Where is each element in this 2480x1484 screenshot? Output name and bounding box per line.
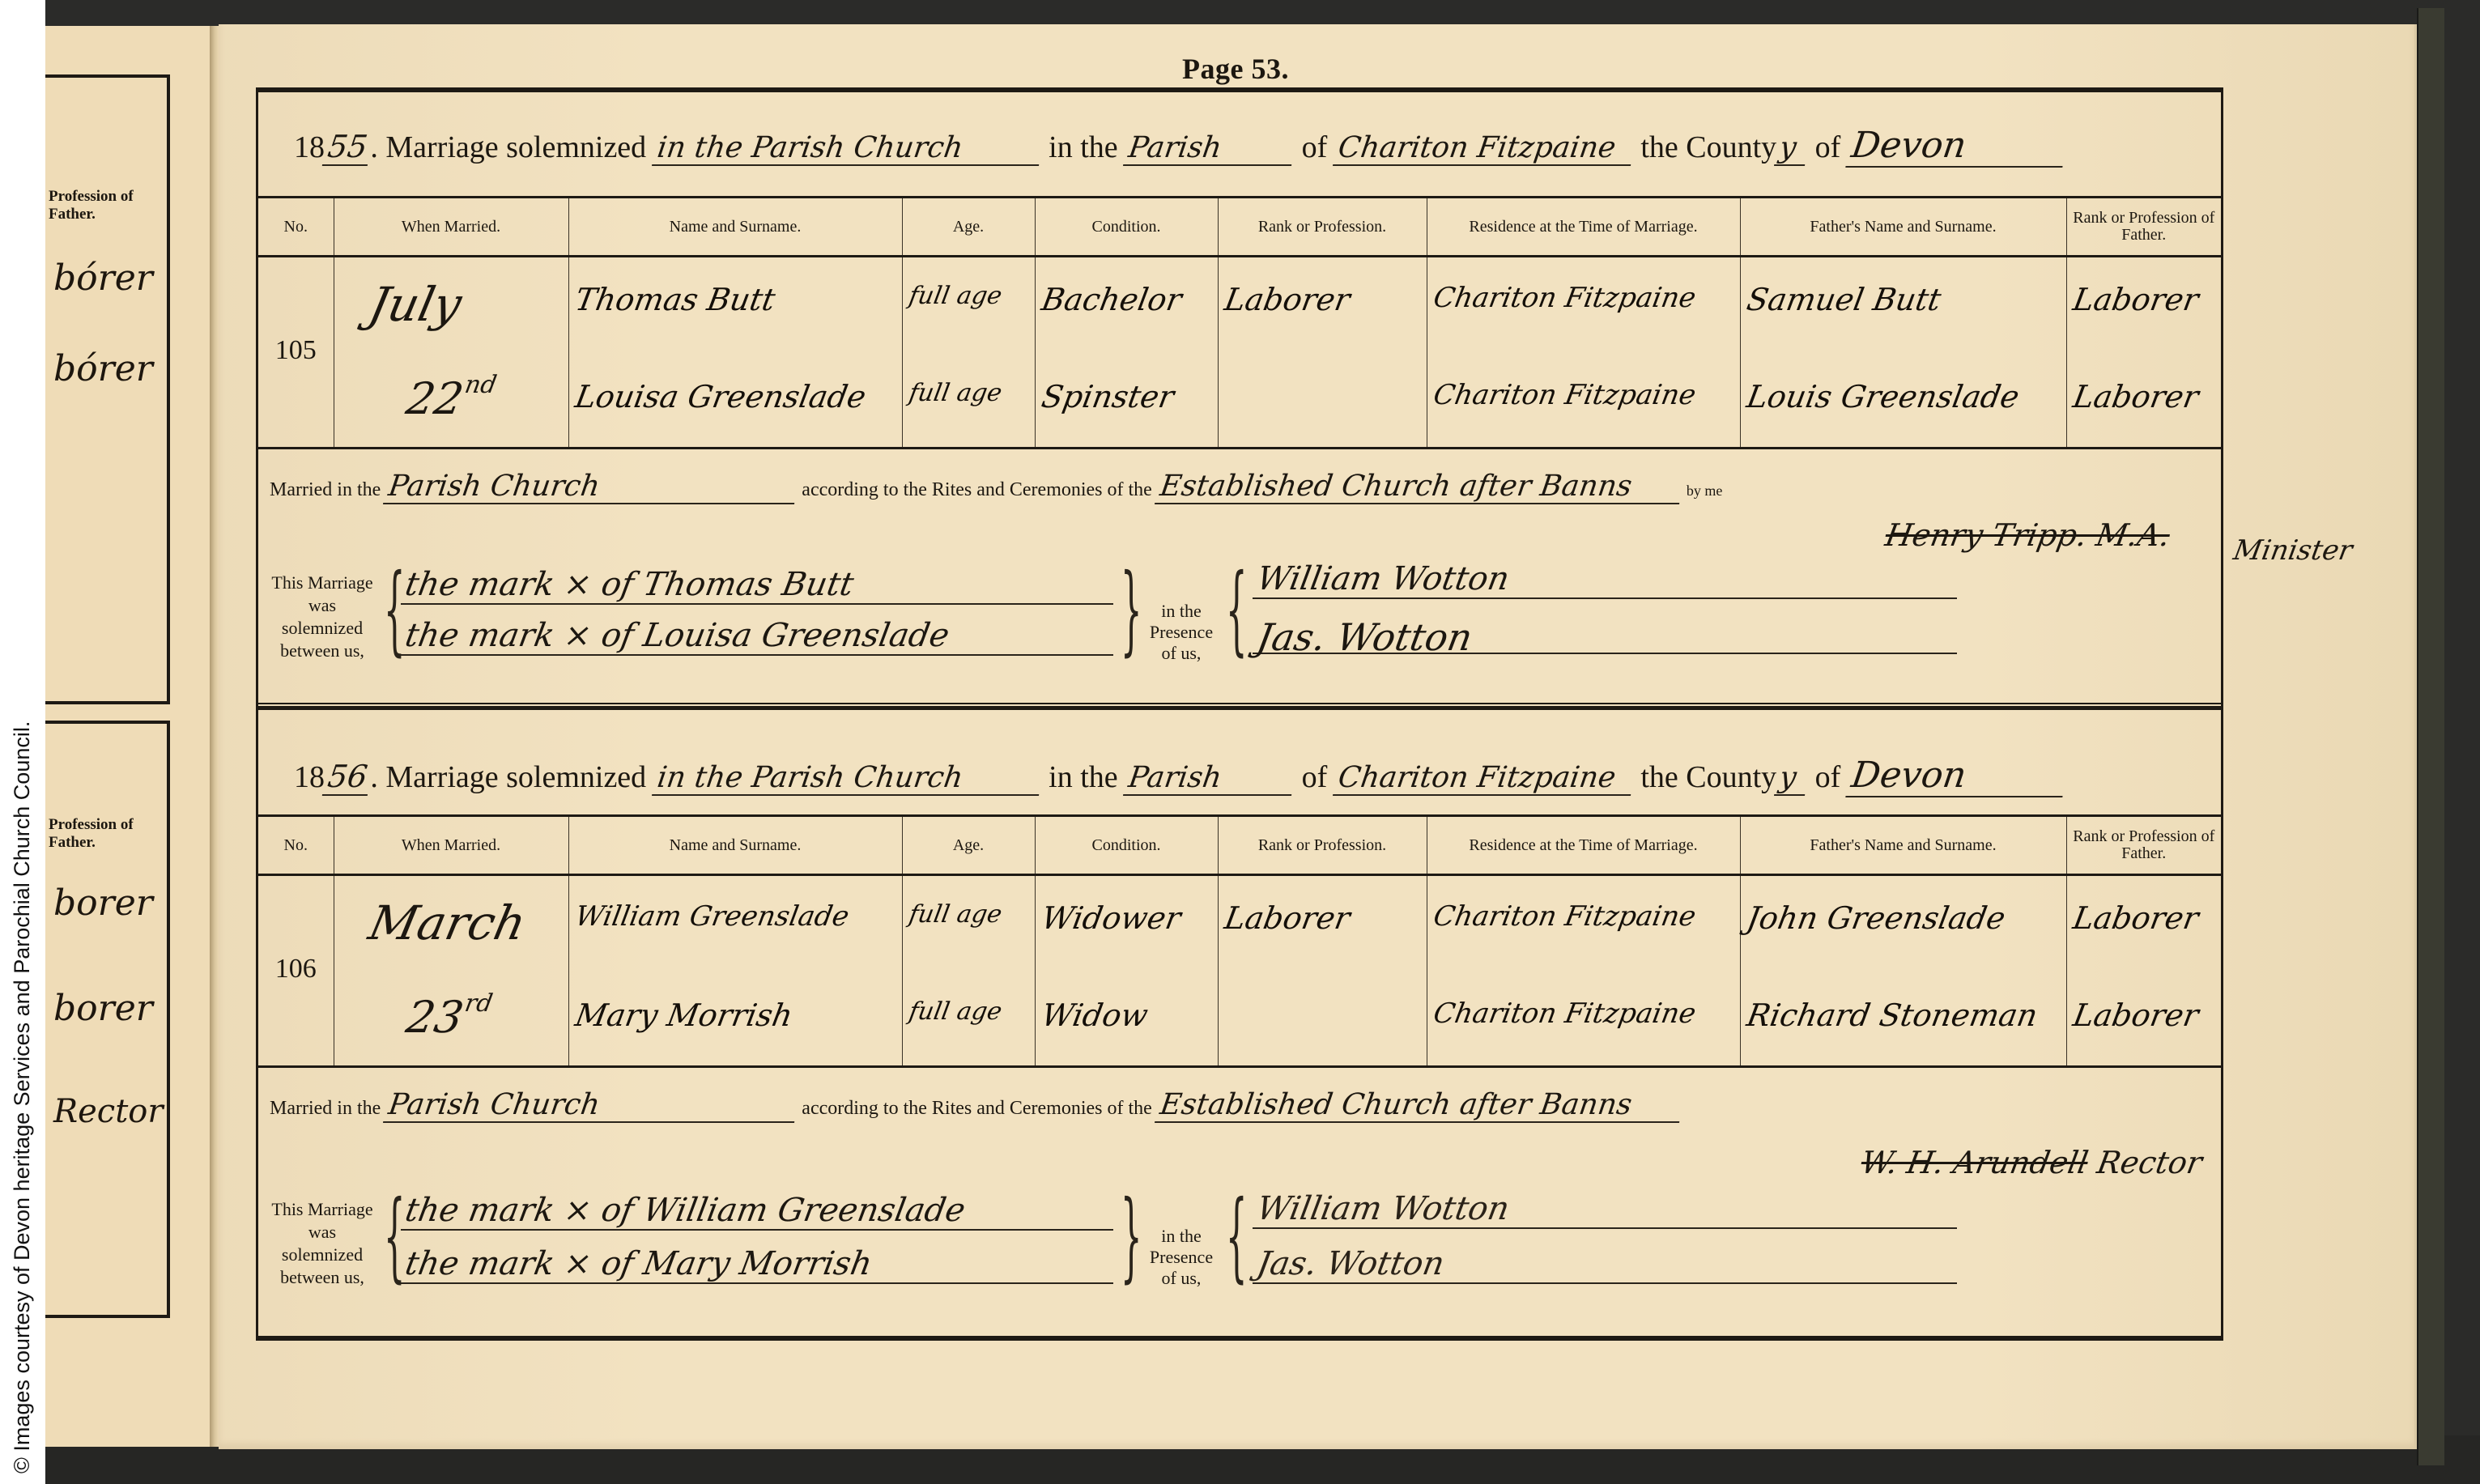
year-value: 56 bbox=[322, 759, 373, 796]
groom-mark-line: the mark × of William Greenslade bbox=[401, 1192, 1113, 1231]
witness-2-line: Jas. Wotton bbox=[1253, 1245, 1957, 1284]
entry-heading: 1855. Marriage solemnized in the Parish … bbox=[294, 125, 2065, 168]
col-residence: Residence at the Time of Marriage. bbox=[1427, 198, 1740, 257]
col-rank: Rank or Profession. bbox=[1218, 198, 1427, 257]
groom-condition: Bachelor bbox=[1039, 282, 1185, 317]
witness-1-line: William Wotton bbox=[1253, 560, 1957, 599]
groom-age: full age bbox=[906, 900, 1003, 929]
previous-page-handwriting: Rector bbox=[53, 1093, 163, 1130]
marriage-entry-105: 1855. Marriage solemnized in the Parish … bbox=[256, 87, 2223, 710]
groom-rank: Laborer bbox=[1222, 900, 1353, 936]
label-county: the County bbox=[1640, 130, 1776, 164]
witness-2-line: Jas. Wotton bbox=[1253, 615, 1957, 654]
previous-page-entry-1-frame bbox=[45, 74, 170, 704]
entry-number: 106 bbox=[258, 954, 334, 984]
groom-father: Samuel Butt bbox=[1744, 282, 1944, 317]
date-day: 22 bbox=[402, 373, 467, 424]
parish-value: Parish bbox=[1123, 761, 1296, 796]
col-father-rank: Rank or Profession of Father. bbox=[2066, 198, 2221, 257]
label-this-marriage: This Marriagewassolemnizedbetween us, bbox=[270, 572, 375, 662]
place-value: Chariton Fitzpaine bbox=[1333, 131, 1636, 166]
label-county-of: of bbox=[1815, 760, 1841, 794]
table-row: 106 March23rd William GreensladeMary Mor… bbox=[258, 875, 2221, 1067]
col-no: No. bbox=[258, 198, 334, 257]
label-according-to: according to the Rites and Ceremonies of… bbox=[802, 479, 1152, 500]
bride-father-rank: Laborer bbox=[2070, 379, 2201, 415]
groom-name: William Greenslade bbox=[572, 900, 851, 933]
bride-name: Louisa Greenslade bbox=[572, 379, 869, 415]
label-marriage-solemnized: . Marriage solemnized bbox=[370, 760, 646, 794]
label-presence: in thePresenceof us, bbox=[1141, 1226, 1222, 1289]
col-age: Age. bbox=[902, 816, 1035, 875]
rites-value: Established Church after Banns bbox=[1155, 470, 1684, 504]
label-county: the County bbox=[1640, 760, 1776, 794]
married-in-line: Married in the Parish Church according t… bbox=[270, 470, 1722, 504]
label-this-marriage: This Marriagewassolemnizedbetween us, bbox=[270, 1198, 375, 1289]
col-father-name: Father's Name and Surname. bbox=[1740, 198, 2066, 257]
married-in-line: Married in the Parish Church according t… bbox=[270, 1088, 1682, 1123]
col-when-married: When Married. bbox=[334, 816, 568, 875]
groom-father: John Greenslade bbox=[1744, 900, 2008, 936]
date-suffix: nd bbox=[462, 371, 499, 399]
col-residence: Residence at the Time of Marriage. bbox=[1427, 816, 1740, 875]
year-value: 55 bbox=[322, 129, 373, 166]
bride-residence: Chariton Fitzpaine bbox=[1431, 379, 1698, 411]
date-suffix: rd bbox=[462, 989, 495, 1018]
label-presence: in thePresenceof us, bbox=[1141, 601, 1222, 664]
groom-mark-line: the mark × of Thomas Butt bbox=[401, 566, 1113, 605]
col-when-married: When Married. bbox=[334, 198, 568, 257]
previous-page-header-2: Profession ofFather. bbox=[49, 816, 134, 852]
date-month: July bbox=[364, 277, 466, 332]
bride-age: full age bbox=[906, 379, 1003, 407]
label-of: of bbox=[1302, 760, 1328, 794]
label-according-to: according to the Rites and Ceremonies of… bbox=[802, 1098, 1152, 1119]
county-value: Devon bbox=[1845, 755, 2068, 797]
label-in-the: in the bbox=[1049, 130, 1117, 164]
entry-table: No. When Married. Name and Surname. Age.… bbox=[258, 814, 2221, 1068]
groom-father-rank: Laborer bbox=[2070, 900, 2201, 936]
copyright-text: © Images courtesy of Devon heritage Serv… bbox=[11, 721, 33, 1473]
brace-icon: } bbox=[1121, 1188, 1142, 1286]
col-name: Name and Surname. bbox=[568, 816, 902, 875]
entry-heading: 1856. Marriage solemnized in the Parish … bbox=[294, 755, 2065, 797]
solemnized-in-value: in the Parish Church bbox=[652, 761, 1044, 796]
officiant-signature: W. H. Arundell Rector bbox=[1858, 1145, 2205, 1180]
rites-value: Established Church after Banns bbox=[1155, 1088, 1684, 1123]
witness-1-line: William Wotton bbox=[1253, 1190, 1957, 1229]
previous-page-header-1: Profession ofFather. bbox=[49, 188, 134, 223]
officiant-signature: Henry Tripp. M.A. bbox=[1882, 517, 2173, 553]
officiant-title: Minister bbox=[2231, 534, 2355, 567]
label-in-the: in the bbox=[1049, 760, 1117, 794]
book-cover-edge bbox=[2417, 8, 2444, 1465]
place-value: Chariton Fitzpaine bbox=[1333, 761, 1636, 796]
year-prefix: 18 bbox=[294, 130, 325, 164]
col-name: Name and Surname. bbox=[568, 198, 902, 257]
col-no: No. bbox=[258, 816, 334, 875]
col-father-rank: Rank or Profession of Father. bbox=[2066, 816, 2221, 875]
bride-mark-line: the mark × of Louisa Greenslade bbox=[401, 617, 1113, 656]
page-number: Page 53. bbox=[1182, 52, 1289, 86]
col-condition: Condition. bbox=[1035, 198, 1218, 257]
label-marriage-solemnized: . Marriage solemnized bbox=[370, 130, 646, 164]
bride-name: Mary Morrish bbox=[572, 997, 795, 1033]
label-married-in: Married in the bbox=[270, 1098, 381, 1119]
previous-page-handwriting: borer bbox=[53, 988, 153, 1029]
officiant-title: Rector bbox=[2095, 1145, 2205, 1180]
date-cell: July22nd bbox=[334, 257, 568, 449]
entry-table: No. When Married. Name and Surname. Age.… bbox=[258, 196, 2221, 449]
entry-number: 105 bbox=[258, 335, 334, 366]
groom-father-rank: Laborer bbox=[2070, 282, 2201, 317]
brace-icon: } bbox=[1121, 562, 1142, 659]
bride-father: Richard Stoneman bbox=[1744, 997, 2040, 1033]
county-value: Devon bbox=[1845, 125, 2068, 168]
groom-name: Thomas Butt bbox=[572, 282, 778, 317]
brace-icon: { bbox=[1226, 1188, 1248, 1286]
previous-page-handwriting: bórer bbox=[53, 257, 153, 299]
col-condition: Condition. bbox=[1035, 816, 1218, 875]
bride-condition: Spinster bbox=[1039, 379, 1176, 415]
groom-residence: Chariton Fitzpaine bbox=[1431, 282, 1698, 314]
groom-age: full age bbox=[906, 282, 1003, 310]
previous-page-handwriting: borer bbox=[53, 882, 153, 924]
label-of: of bbox=[1302, 130, 1328, 164]
previous-page-handwriting: bórer bbox=[53, 348, 153, 389]
bride-mark-line: the mark × of Mary Morrish bbox=[401, 1245, 1113, 1284]
groom-residence: Chariton Fitzpaine bbox=[1431, 900, 1698, 933]
married-in-value: Parish Church bbox=[383, 470, 799, 504]
label-married-in: Married in the bbox=[270, 479, 381, 500]
bride-father: Louis Greenslade bbox=[1744, 379, 2022, 415]
col-father-name: Father's Name and Surname. bbox=[1740, 816, 2066, 875]
date-month: March bbox=[364, 895, 530, 950]
label-county-of: of bbox=[1815, 130, 1841, 164]
table-row: 105 July22nd Thomas ButtLouisa Greenslad… bbox=[258, 257, 2221, 449]
parish-value: Parish bbox=[1123, 131, 1296, 166]
bride-age: full age bbox=[906, 997, 1003, 1026]
date-cell: March23rd bbox=[334, 875, 568, 1067]
solemnized-in-value: in the Parish Church bbox=[652, 131, 1044, 166]
marriage-entry-106: 1856. Marriage solemnized in the Parish … bbox=[256, 703, 2223, 1341]
label-by-me: by me bbox=[1687, 483, 1723, 499]
col-age: Age. bbox=[902, 198, 1035, 257]
date-day: 23 bbox=[402, 992, 467, 1043]
year-prefix: 18 bbox=[294, 760, 325, 794]
brace-icon: { bbox=[1226, 562, 1248, 659]
married-in-value: Parish Church bbox=[383, 1088, 799, 1123]
groom-condition: Widower bbox=[1039, 900, 1184, 936]
copyright-credit: © Images courtesy of Devon heritage Serv… bbox=[0, 0, 45, 1484]
bride-condition: Widow bbox=[1039, 997, 1151, 1033]
col-rank: Rank or Profession. bbox=[1218, 816, 1427, 875]
bride-father-rank: Laborer bbox=[2070, 997, 2201, 1033]
groom-rank: Laborer bbox=[1222, 282, 1353, 317]
bride-residence: Chariton Fitzpaine bbox=[1431, 997, 1698, 1030]
